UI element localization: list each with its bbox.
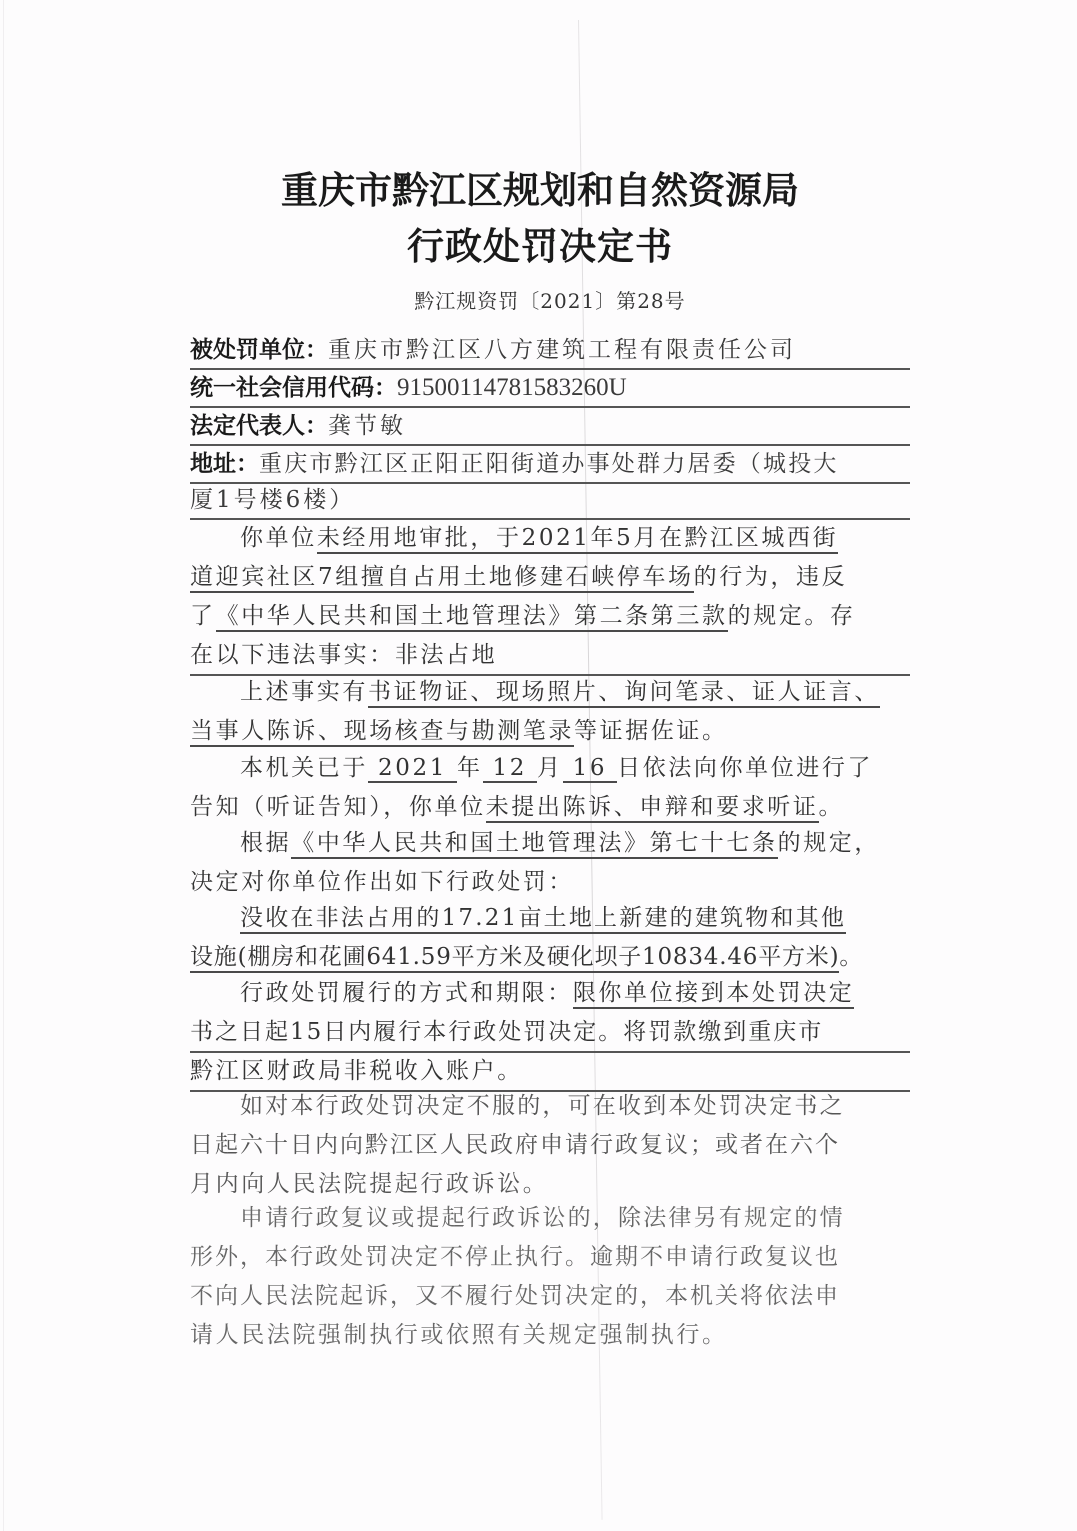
legal-representative-field: 法定代表人：龚节敏 xyxy=(190,408,910,446)
text: 。 xyxy=(819,794,845,820)
text: 日依法向你单位进行了 xyxy=(617,755,873,781)
paragraph-appeal-rights: 如对本行政处罚决定不服的，可在收到本处罚决定书之 日起六十日内向黔江区人民政府申… xyxy=(190,1088,910,1205)
paragraph-enforcement: 申请行政复议或提起行政诉讼的，除法律另有规定的情 形外，本行政处罚决定不停止执行… xyxy=(190,1200,910,1356)
credit-code-value: 91500114781583260U xyxy=(397,374,627,401)
text: 根据 xyxy=(240,830,291,856)
paragraph-violation-facts: 你单位未经用地审批，于2021年5月在黔江区城西街 道迎宾社区7组擅自占用土地修… xyxy=(190,520,910,676)
underlined-text: 《中华人民共和国土地管理法》第二条第三款 xyxy=(216,603,728,632)
text: 申请行政复议或提起行政诉讼的，除法律另有规定的情 xyxy=(240,1205,845,1231)
text: 你单位 xyxy=(240,525,317,551)
penalty-text-line2: 设施(棚房和花圃641.59平方米及硬化坝子10834.46平方米) xyxy=(190,944,839,973)
text: 年 xyxy=(457,755,483,781)
text: 了 xyxy=(190,603,216,629)
document-type-title: 行政处罚决定书 xyxy=(180,218,900,274)
text: 等证据佐证。 xyxy=(574,718,728,744)
text: 在以下违法事实： xyxy=(190,642,395,668)
address-value-line2: 厦1号楼6楼） xyxy=(190,487,355,513)
underlined-text: 书证物证、现场照片、询问笔录、证人证言、 xyxy=(368,679,880,708)
legal-representative-value: 龚节敏 xyxy=(328,413,406,439)
underlined-text: 黔江区财政局非税收入账户。 xyxy=(190,1058,523,1084)
paragraph-notice: 本机关已于2021年12月16日依法向你单位进行了 告知（听证告知），你单位未提… xyxy=(190,750,910,828)
text: 。 xyxy=(839,944,865,970)
text: 月 xyxy=(537,755,563,781)
notice-year: 2021 xyxy=(368,755,457,783)
text: 本机关已于 xyxy=(240,755,368,781)
issuing-authority-title: 重庆市黔江区规划和自然资源局 xyxy=(170,162,910,218)
text: 如对本行政处罚决定不服的，可在收到本处罚决定书之 xyxy=(240,1093,845,1119)
punished-unit-field: 被处罚单位：重庆市黔江区八方建筑工程有限责任公司 xyxy=(190,332,910,370)
text: 不向人民法院起诉，又不履行处罚决定的，本机关将依法申 xyxy=(190,1283,840,1309)
text: 形外，本行政处罚决定不停止执行。逾期不申请行政复议也 xyxy=(190,1244,840,1270)
underlined-text: 未提出陈诉、申辩和要求听证 xyxy=(486,794,819,823)
text: 月内向人民法院提起行政诉讼。 xyxy=(190,1171,548,1197)
notice-day: 16 xyxy=(563,755,617,783)
address-field: 地址：重庆市黔江区正阳正阳街道办事处群力居委（城投大 xyxy=(190,446,910,484)
text: 行政处罚履行的方式和期限： xyxy=(240,980,573,1006)
scan-edge xyxy=(3,0,4,1531)
punished-unit-value: 重庆市黔江区八方建筑工程有限责任公司 xyxy=(328,337,796,363)
paragraph-legal-basis: 根据《中华人民共和国土地管理法》第七十七条的规定， 决定对你单位作出如下行政处罚… xyxy=(190,825,910,903)
underlined-text: 限你单位接到本处罚决定 xyxy=(573,980,855,1009)
text: 的规定， xyxy=(778,830,880,856)
underlined-text: 当事人陈诉、现场核查与勘测笔录 xyxy=(190,718,574,747)
text: 请人民法院强制执行或依照有关规定强制执行。 xyxy=(190,1322,728,1348)
underlined-text: 道迎宾社区7组擅自占用土地修建石峡停车场 xyxy=(190,564,694,593)
text: 上述事实有 xyxy=(240,679,368,705)
text: 的规定。存 xyxy=(728,603,856,629)
credit-code-label: 统一社会信用代码： xyxy=(190,375,397,401)
address-value-line1: 重庆市黔江区正阳正阳街道办事处群力居委（城投大 xyxy=(259,451,839,477)
text: 日起六十日内向黔江区人民政府申请行政复议；或者在六个 xyxy=(190,1132,840,1158)
text: 的行为，违反 xyxy=(694,564,848,590)
violation-type: 非法占地 xyxy=(395,642,497,668)
address-field-continued: 厦1号楼6楼） xyxy=(190,482,910,520)
underlined-text: 《中华人民共和国土地管理法》第七十七条 xyxy=(291,830,777,859)
underlined-text: 未经用地审批，于2021年5月在黔江区城西街 xyxy=(317,525,838,554)
document-number: 黔江规资罚〔2021〕第28号 xyxy=(190,285,910,314)
underlined-text: 书之日起15日内履行本行政处罚决定。将罚款缴到重庆市 xyxy=(190,1019,823,1045)
penalty-text-line1: 没收在非法占用的17.21亩土地上新建的建筑物和其他 xyxy=(240,905,846,934)
paragraph-evidence: 上述事实有书证物证、现场照片、询问笔录、证人证言、 当事人陈诉、现场核查与勘测笔… xyxy=(190,674,910,752)
credit-code-field: 统一社会信用代码：91500114781583260U xyxy=(190,370,910,408)
notice-month: 12 xyxy=(483,755,537,783)
paragraph-penalty: 没收在非法占用的17.21亩土地上新建的建筑物和其他 设施(棚房和花圃641.5… xyxy=(190,900,910,978)
text: 决定对你单位作出如下行政处罚： xyxy=(190,869,574,895)
address-label: 地址： xyxy=(190,451,259,477)
legal-representative-label: 法定代表人： xyxy=(190,413,328,439)
text: 告知（听证告知），你单位 xyxy=(190,794,486,820)
punished-unit-label: 被处罚单位： xyxy=(190,337,328,363)
paragraph-execution-method: 行政处罚履行的方式和期限：限你单位接到本处罚决定 书之日起15日内履行本行政处罚… xyxy=(190,975,910,1092)
